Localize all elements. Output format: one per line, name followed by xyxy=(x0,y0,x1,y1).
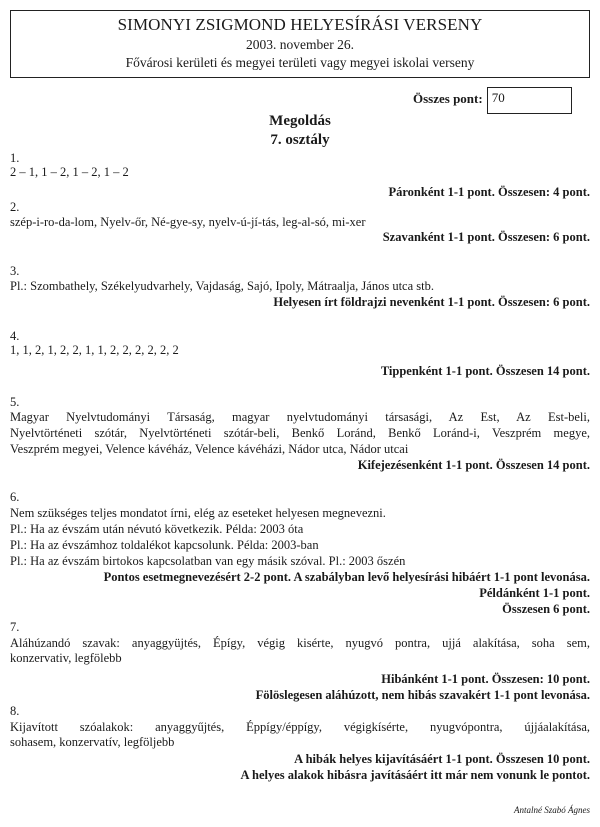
total-points-label: Összes pont: xyxy=(413,91,483,107)
task-scoring: Tippenként 1-1 pont. Összesen 14 pont. xyxy=(10,364,590,379)
task-number: 5. xyxy=(10,395,590,410)
task-answer-line: Nyelvtörténeti szótár, Nyelvtörténeti sz… xyxy=(10,426,590,441)
task-scoring: Fölöslegesen aláhúzott, nem hibás szavak… xyxy=(10,688,590,703)
task-scoring: Helyesen írt földrajzi nevenként 1-1 pon… xyxy=(10,295,590,310)
task-number: 8. xyxy=(10,704,590,719)
competition-subtitle: Fővárosi kerületi és megyei területi vag… xyxy=(11,54,589,72)
task-answer-line: Nem szükséges teljes mondatot írni, elég… xyxy=(10,506,590,521)
competition-date: 2003. november 26. xyxy=(11,36,589,53)
task-number: 6. xyxy=(10,490,590,505)
total-points: Összes pont: 70 xyxy=(413,87,572,114)
task-answer-line: szép-i-ro-da-lom, Nyelv-őr, Né-gye-sy, n… xyxy=(10,215,590,230)
author-signature: Antalné Szabó Ágnes xyxy=(514,805,590,815)
task-scoring: Kifejezésenként 1-1 pont. Összesen 14 po… xyxy=(10,458,590,473)
task-number: 1. xyxy=(10,151,590,166)
task-answer-line: sohasem, konzervatív, legföljebb xyxy=(10,735,590,750)
task-number: 3. xyxy=(10,264,590,279)
task-answer-line: Pl.: Szombathely, Székelyudvarhely, Vajd… xyxy=(10,279,590,294)
task-scoring: Hibánként 1-1 pont. Összesen: 10 pont. xyxy=(10,672,590,687)
task-answer-line: Pl.: Ha az évszám birtokos kapcsolatban … xyxy=(10,554,590,569)
task-scoring: Szavanként 1-1 pont. Összesen: 6 pont. xyxy=(10,230,590,245)
task-scoring: Pontos esetmegnevezésért 2-2 pont. A sza… xyxy=(10,570,590,585)
task-answer-line: Pl.: Ha az évszámhoz toldalékot kapcsolu… xyxy=(10,538,590,553)
task-scoring: Páronként 1-1 pont. Összesen: 4 pont. xyxy=(10,185,590,200)
task-number: 2. xyxy=(10,200,590,215)
task-scoring: Példánként 1-1 pont. xyxy=(10,586,590,601)
task-number: 7. xyxy=(10,620,590,635)
grade-title: 7. osztály xyxy=(0,132,600,149)
task-answer-line: Pl.: Ha az évszám után névutó következik… xyxy=(10,522,590,537)
header-box: SIMONYI ZSIGMOND HELYESÍRÁSI VERSENY 200… xyxy=(10,10,590,78)
total-points-value: 70 xyxy=(487,87,572,114)
document-title: Megoldás xyxy=(0,113,600,130)
task-answer-line: 1, 1, 2, 1, 2, 2, 1, 1, 2, 2, 2, 2, 2, 2 xyxy=(10,343,590,358)
task-answer-line: Magyar Nyelvtudományi Társaság, magyar n… xyxy=(10,410,590,425)
task-scoring: A helyes alakok hibásra javításáért itt … xyxy=(10,768,590,783)
task-answer-line: Aláhúzandó szavak: anyaggyüjtés, Épígy, … xyxy=(10,636,590,651)
competition-title: SIMONYI ZSIGMOND HELYESÍRÁSI VERSENY xyxy=(11,14,589,35)
task-answer-line: Kijavított szóalakok: anyaggyűjtés, Éppí… xyxy=(10,720,590,735)
task-answer-line: konzervativ, legfölebb xyxy=(10,651,590,666)
task-number: 4. xyxy=(10,329,590,344)
task-scoring: Összesen 6 pont. xyxy=(10,602,590,617)
task-answer-line: 2 – 1, 1 – 2, 1 – 2, 1 – 2 xyxy=(10,165,590,180)
task-answer-line: Veszprém megyei, Velence kávéház, Velenc… xyxy=(10,442,590,457)
task-scoring: A hibák helyes kijavításáért 1-1 pont. Ö… xyxy=(10,752,590,767)
